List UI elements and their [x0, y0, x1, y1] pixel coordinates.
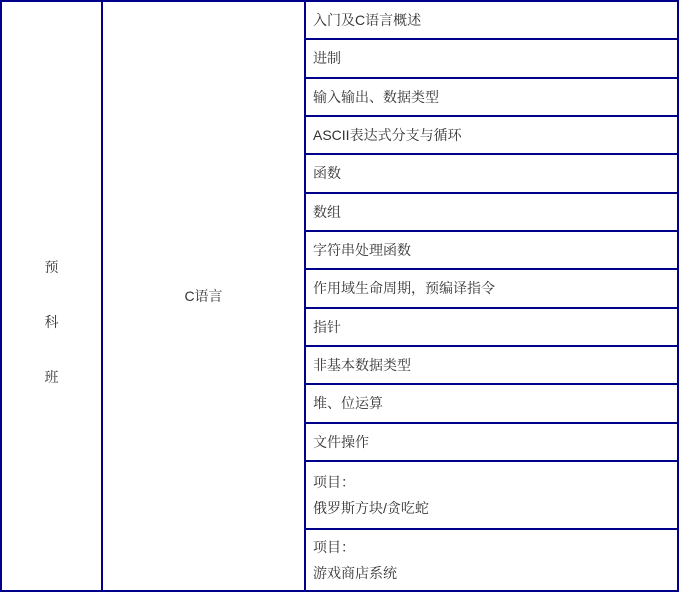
topics-column: 入门及C语言概述 进制 输入输出、数据类型 ASCII表达式分支与循环 函数 数…	[306, 2, 677, 590]
topic-row-file-operations: 文件操作	[306, 424, 677, 462]
stage-cell: 预 科 班	[2, 2, 103, 590]
topic-row-nonbasic-types: 非基本数据类型	[306, 347, 677, 385]
topic-row-ascii-branch-loop: ASCII表达式分支与循环	[306, 117, 677, 155]
topic-row-heap-bitops: 堆、位运算	[306, 385, 677, 423]
topic-row-string-functions: 字符串处理函数	[306, 232, 677, 270]
topic-row-arrays: 数组	[306, 194, 677, 232]
topic-row-functions: 函数	[306, 155, 677, 193]
topic-row-pointers: 指针	[306, 309, 677, 347]
stage-label: 预 科 班	[45, 240, 59, 405]
topic-row-project-tetris-snake: 项目： 俄罗斯方块/贪吃蛇	[306, 462, 677, 530]
topic-row-intro: 入门及C语言概述	[306, 2, 677, 40]
curriculum-table: 预 科 班 C语言 入门及C语言概述 进制 输入输出、数据类型 ASCII表达式…	[0, 0, 679, 592]
topic-row-scope-preprocessor: 作用域生命周期，预编译指令	[306, 270, 677, 308]
course-cell: C语言	[103, 2, 306, 590]
course-label: C语言	[184, 286, 222, 306]
topic-row-project-game-store: 项目： 游戏商店系统	[306, 530, 677, 590]
topic-row-io-datatypes: 输入输出、数据类型	[306, 79, 677, 117]
topic-row-number-systems: 进制	[306, 40, 677, 78]
